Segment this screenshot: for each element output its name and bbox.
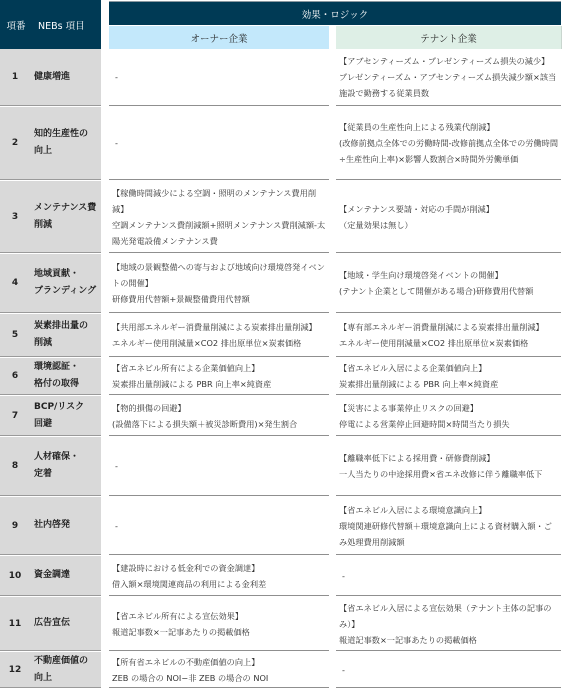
tenant-text: 【省エネビル入居による宣伝効果（テナント主体の記事のみ）】 報道記事数×一記事あ… xyxy=(336,600,561,648)
tenant-text: 【従業員の生産性向上による残業代削減】 (改修前拠点全体での労働時間-改修前拠点… xyxy=(336,119,561,167)
owner-text: 【稼働時間減少による空調・照明のメンテナンス費用削減】 空調メンテナンス費削減額… xyxy=(109,185,329,249)
table-row: 1健康増進 - 【アブセンティーズム・プレゼンティーズム損失の減少】 プレゼンテ… xyxy=(0,49,563,106)
row-label: 8人材確保・ 定着 xyxy=(0,437,101,496)
tenant-cell: 【メンテナンス要請・対応の手間が削減】 （定量効果は無し） xyxy=(336,181,561,253)
row-name: BCP/リスク 回避 xyxy=(30,399,84,433)
owner-cell: 【省エネビル所有による企業価値向上】 炭素排出量削減による PBR 向上率×純資… xyxy=(109,358,329,395)
owner-cell: 【建設時における低金利での資金調達】 借入額×環境関連商品の利用による金利差 xyxy=(109,556,329,596)
row-number: 2 xyxy=(0,138,30,148)
table-row: 3メンテナンス費 削減 【稼働時間減少による空調・照明のメンテナンス費用削減】 … xyxy=(0,181,563,253)
row-label: 7BCP/リスク 回避 xyxy=(0,396,101,436)
row-name: 社内啓発 xyxy=(30,517,70,534)
row-number: 10 xyxy=(0,571,30,581)
row-name: 炭素排出量の 削減 xyxy=(30,318,88,352)
owner-cell: - xyxy=(109,107,329,180)
row-name: 健康増進 xyxy=(30,69,70,86)
row-number: 11 xyxy=(0,619,30,629)
row-number: 6 xyxy=(0,371,30,381)
row-number: 4 xyxy=(0,278,30,288)
owner-text: - xyxy=(109,518,329,534)
header-owner: オーナー企業 xyxy=(109,26,329,49)
row-label: 11広告宣伝 xyxy=(0,597,101,651)
header-effect-logic: 効果・ロジック xyxy=(109,1,561,25)
table-row: 7BCP/リスク 回避 【物的損傷の回避】 (設備落下による損失額＋被災診断費用… xyxy=(0,396,563,436)
row-name: メンテナンス費 削減 xyxy=(30,200,96,234)
owner-text: - xyxy=(109,135,329,151)
tenant-cell: 【従業員の生産性向上による残業代削減】 (改修前拠点全体での労働時間-改修前拠点… xyxy=(336,107,561,180)
row-number: 3 xyxy=(0,212,30,222)
tenant-cell: - xyxy=(336,652,561,688)
tenant-text: 【離職率低下による採用費・研修費削減】 一人当たりの中途採用費×省エネ改修に伴う… xyxy=(336,450,561,482)
tenant-cell: 【災害による事業停止リスクの回避】 停電による営業停止回避時間×時間当たり損失 xyxy=(336,396,561,436)
header-no: 項番 xyxy=(0,18,30,32)
row-number: 7 xyxy=(0,411,30,421)
row-label: 9社内啓発 xyxy=(0,497,101,555)
owner-text: 【省エネビル所有による宣伝効果】 報道記事数×一記事あたりの掲載価格 xyxy=(109,608,329,640)
owner-text: 【省エネビル所有による企業価値向上】 炭素排出量削減による PBR 向上率×純資… xyxy=(109,360,329,392)
row-label: 1健康増進 xyxy=(0,49,101,106)
row-label: 4地域貢献・ ブランディング xyxy=(0,254,101,313)
row-name: 広告宣伝 xyxy=(30,615,70,632)
row-label: 12不動産価値の 向上 xyxy=(0,652,101,688)
tenant-cell: 【省エネビル入居による環境意識向上】 環境関連研修代替額＋環境意識向上による資材… xyxy=(336,497,561,555)
row-number: 9 xyxy=(0,521,30,531)
row-number: 8 xyxy=(0,461,30,471)
row-label: 3メンテナンス費 削減 xyxy=(0,181,101,253)
header-left: 項番 NEBs 項目 xyxy=(0,0,101,49)
owner-cell: - xyxy=(109,497,329,555)
row-name: 知的生産性の 向上 xyxy=(30,126,88,160)
row-name: 地域貢献・ ブランディング xyxy=(30,266,96,300)
owner-cell: 【地域の景観整備への寄与および地域向け環境啓発イベントの開催】 研修費用代替額+… xyxy=(109,254,329,313)
tenant-cell: - xyxy=(336,556,561,596)
owner-cell: 【稼働時間減少による空調・照明のメンテナンス費用削減】 空調メンテナンス費削減額… xyxy=(109,181,329,253)
table-row: 12不動産価値の 向上 【所有省エネビルの不動産価値の向上】 ZEB の場合の … xyxy=(0,652,563,688)
tenant-cell: 【省エネビル入居による宣伝効果（テナント主体の記事のみ）】 報道記事数×一記事あ… xyxy=(336,597,561,651)
row-name: 資金調達 xyxy=(30,567,70,584)
owner-cell: 【共用部エネルギー消費量削減による炭素排出量削減】 エネルギー使用削減量×CO2… xyxy=(109,314,329,357)
tenant-cell: 【アブセンティーズム・プレゼンティーズム損失の減少】 プレゼンティーズム・アブセ… xyxy=(336,49,561,106)
tenant-text: 【アブセンティーズム・プレゼンティーズム損失の減少】 プレゼンティーズム・アブセ… xyxy=(336,53,561,101)
tenant-cell: 【省エネビル入居による企業価値向上】 炭素排出量削減による PBR 向上率×純資… xyxy=(336,358,561,395)
row-name: 環境認証・ 格付の取得 xyxy=(30,359,79,393)
table-row: 8人材確保・ 定着 - 【離職率低下による採用費・研修費削減】 一人当たりの中途… xyxy=(0,437,563,496)
owner-text: 【物的損傷の回避】 (設備落下による損失額＋被災診断費用)×発生割合 xyxy=(109,400,329,432)
tenant-text: 【専有部エネルギー消費量削減による炭素排出量削減】 エネルギー使用削減量×CO2… xyxy=(336,319,561,351)
tenant-text: 【省エネビル入居による環境意識向上】 環境関連研修代替額＋環境意識向上による資材… xyxy=(336,502,561,550)
row-name: 不動産価値の 向上 xyxy=(30,653,88,687)
table-row: 4地域貢献・ ブランディング 【地域の景観整備への寄与および地域向け環境啓発イベ… xyxy=(0,254,563,313)
owner-cell: - xyxy=(109,437,329,496)
row-label: 5炭素排出量の 削減 xyxy=(0,314,101,357)
table-row: 5炭素排出量の 削減 【共用部エネルギー消費量削減による炭素排出量削減】 エネル… xyxy=(0,314,563,357)
tenant-cell: 【離職率低下による採用費・研修費削減】 一人当たりの中途採用費×省エネ改修に伴う… xyxy=(336,437,561,496)
row-name: 人材確保・ 定着 xyxy=(30,449,79,483)
owner-text: 【共用部エネルギー消費量削減による炭素排出量削減】 エネルギー使用削減量×CO2… xyxy=(109,319,329,351)
owner-text: - xyxy=(109,69,329,85)
owner-text: 【地域の景観整備への寄与および地域向け環境啓発イベントの開催】 研修費用代替額+… xyxy=(109,259,329,307)
tenant-text: 【メンテナンス要請・対応の手間が削減】 （定量効果は無し） xyxy=(336,201,561,233)
tenant-text: 【災害による事業停止リスクの回避】 停電による営業停止回避時間×時間当たり損失 xyxy=(336,400,561,432)
owner-text: - xyxy=(109,458,329,474)
owner-text: 【建設時における低金利での資金調達】 借入額×環境関連商品の利用による金利差 xyxy=(109,560,329,592)
owner-cell: 【所有省エネビルの不動産価値の向上】 ZEB の場合の NOI−非 ZEB の場… xyxy=(109,652,329,688)
owner-text: 【所有省エネビルの不動産価値の向上】 ZEB の場合の NOI−非 ZEB の場… xyxy=(109,654,329,686)
row-number: 5 xyxy=(0,330,30,340)
header-tenant: テナント企業 xyxy=(336,26,562,49)
tenant-text: - xyxy=(336,662,561,678)
table-row: 11広告宣伝 【省エネビル所有による宣伝効果】 報道記事数×一記事あたりの掲載価… xyxy=(0,597,563,651)
tenant-cell: 【地域・学生向け環境啓発イベントの開催】 (テナント企業として開催がある場合)研… xyxy=(336,254,561,313)
owner-cell: 【省エネビル所有による宣伝効果】 報道記事数×一記事あたりの掲載価格 xyxy=(109,597,329,651)
tenant-cell: 【専有部エネルギー消費量削減による炭素排出量削減】 エネルギー使用削減量×CO2… xyxy=(336,314,561,357)
tenant-text: 【地域・学生向け環境啓発イベントの開催】 (テナント企業として開催がある場合)研… xyxy=(336,267,561,299)
row-label: 10資金調達 xyxy=(0,556,101,596)
table-row: 6環境認証・ 格付の取得 【省エネビル所有による企業価値向上】 炭素排出量削減に… xyxy=(0,358,563,395)
tenant-text: - xyxy=(336,568,561,584)
table-row: 10資金調達 【建設時における低金利での資金調達】 借入額×環境関連商品の利用に… xyxy=(0,556,563,596)
row-label: 2知的生産性の 向上 xyxy=(0,107,101,180)
owner-cell: 【物的損傷の回避】 (設備落下による損失額＋被災診断費用)×発生割合 xyxy=(109,396,329,436)
tenant-text: 【省エネビル入居による企業価値向上】 炭素排出量削減による PBR 向上率×純資… xyxy=(336,360,561,392)
row-number: 1 xyxy=(0,72,30,82)
row-number: 12 xyxy=(0,665,30,675)
owner-cell: - xyxy=(109,49,329,106)
table-row: 2知的生産性の 向上 - 【従業員の生産性向上による残業代削減】 (改修前拠点全… xyxy=(0,107,563,180)
table-row: 9社内啓発 - 【省エネビル入居による環境意識向上】 環境関連研修代替額＋環境意… xyxy=(0,497,563,555)
header-item: NEBs 項目 xyxy=(30,18,85,32)
row-label: 6環境認証・ 格付の取得 xyxy=(0,358,101,395)
